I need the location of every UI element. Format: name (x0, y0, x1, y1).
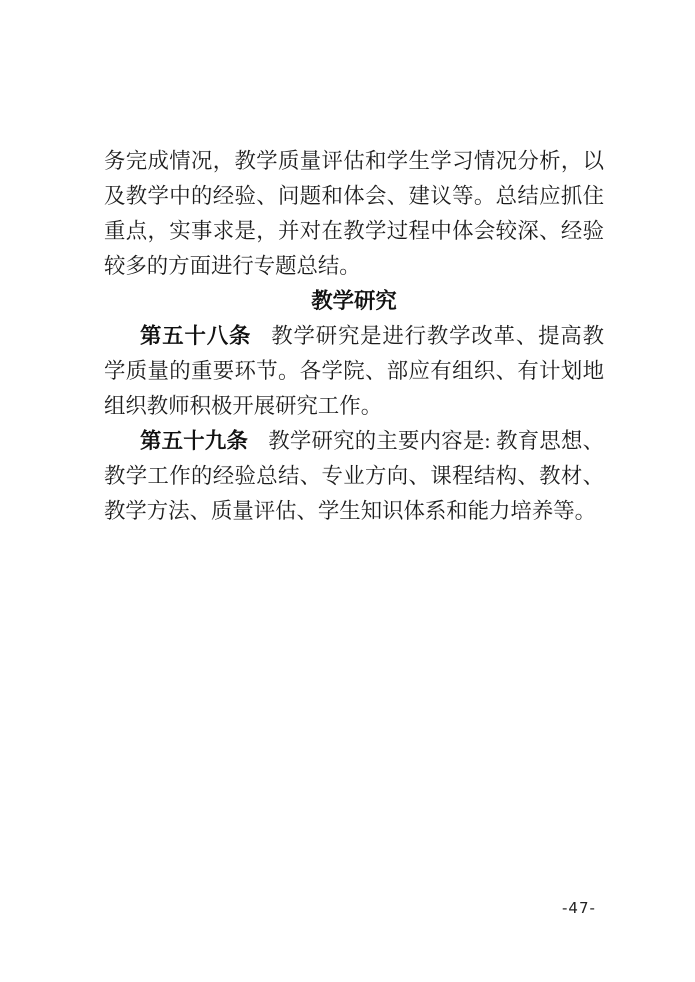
article-59-number: 第五十九条 (140, 429, 248, 453)
page-content: 务完成情况，教学质量评估和学生学习情况分析，以及教学中的经验、问题和体会、建议等… (104, 144, 604, 529)
article-58-number: 第五十八条 (140, 324, 251, 348)
document-page: 务完成情况，教学质量评估和学生学习情况分析，以及教学中的经验、问题和体会、建议等… (0, 0, 695, 982)
paragraph-continuation: 务完成情况，教学质量评估和学生学习情况分析，以及教学中的经验、问题和体会、建议等… (104, 144, 604, 284)
section-heading: 教学研究 (104, 284, 604, 319)
article-58-paragraph: 第五十八条教学研究是进行教学改革、提高教学质量的重要环节。各学院、部应有组织、有… (104, 319, 604, 424)
page-number: -47- (562, 900, 596, 917)
article-59-paragraph: 第五十九条教学研究的主要内容是: 教育思想、教学工作的经验总结、专业方向、课程结… (104, 424, 604, 529)
